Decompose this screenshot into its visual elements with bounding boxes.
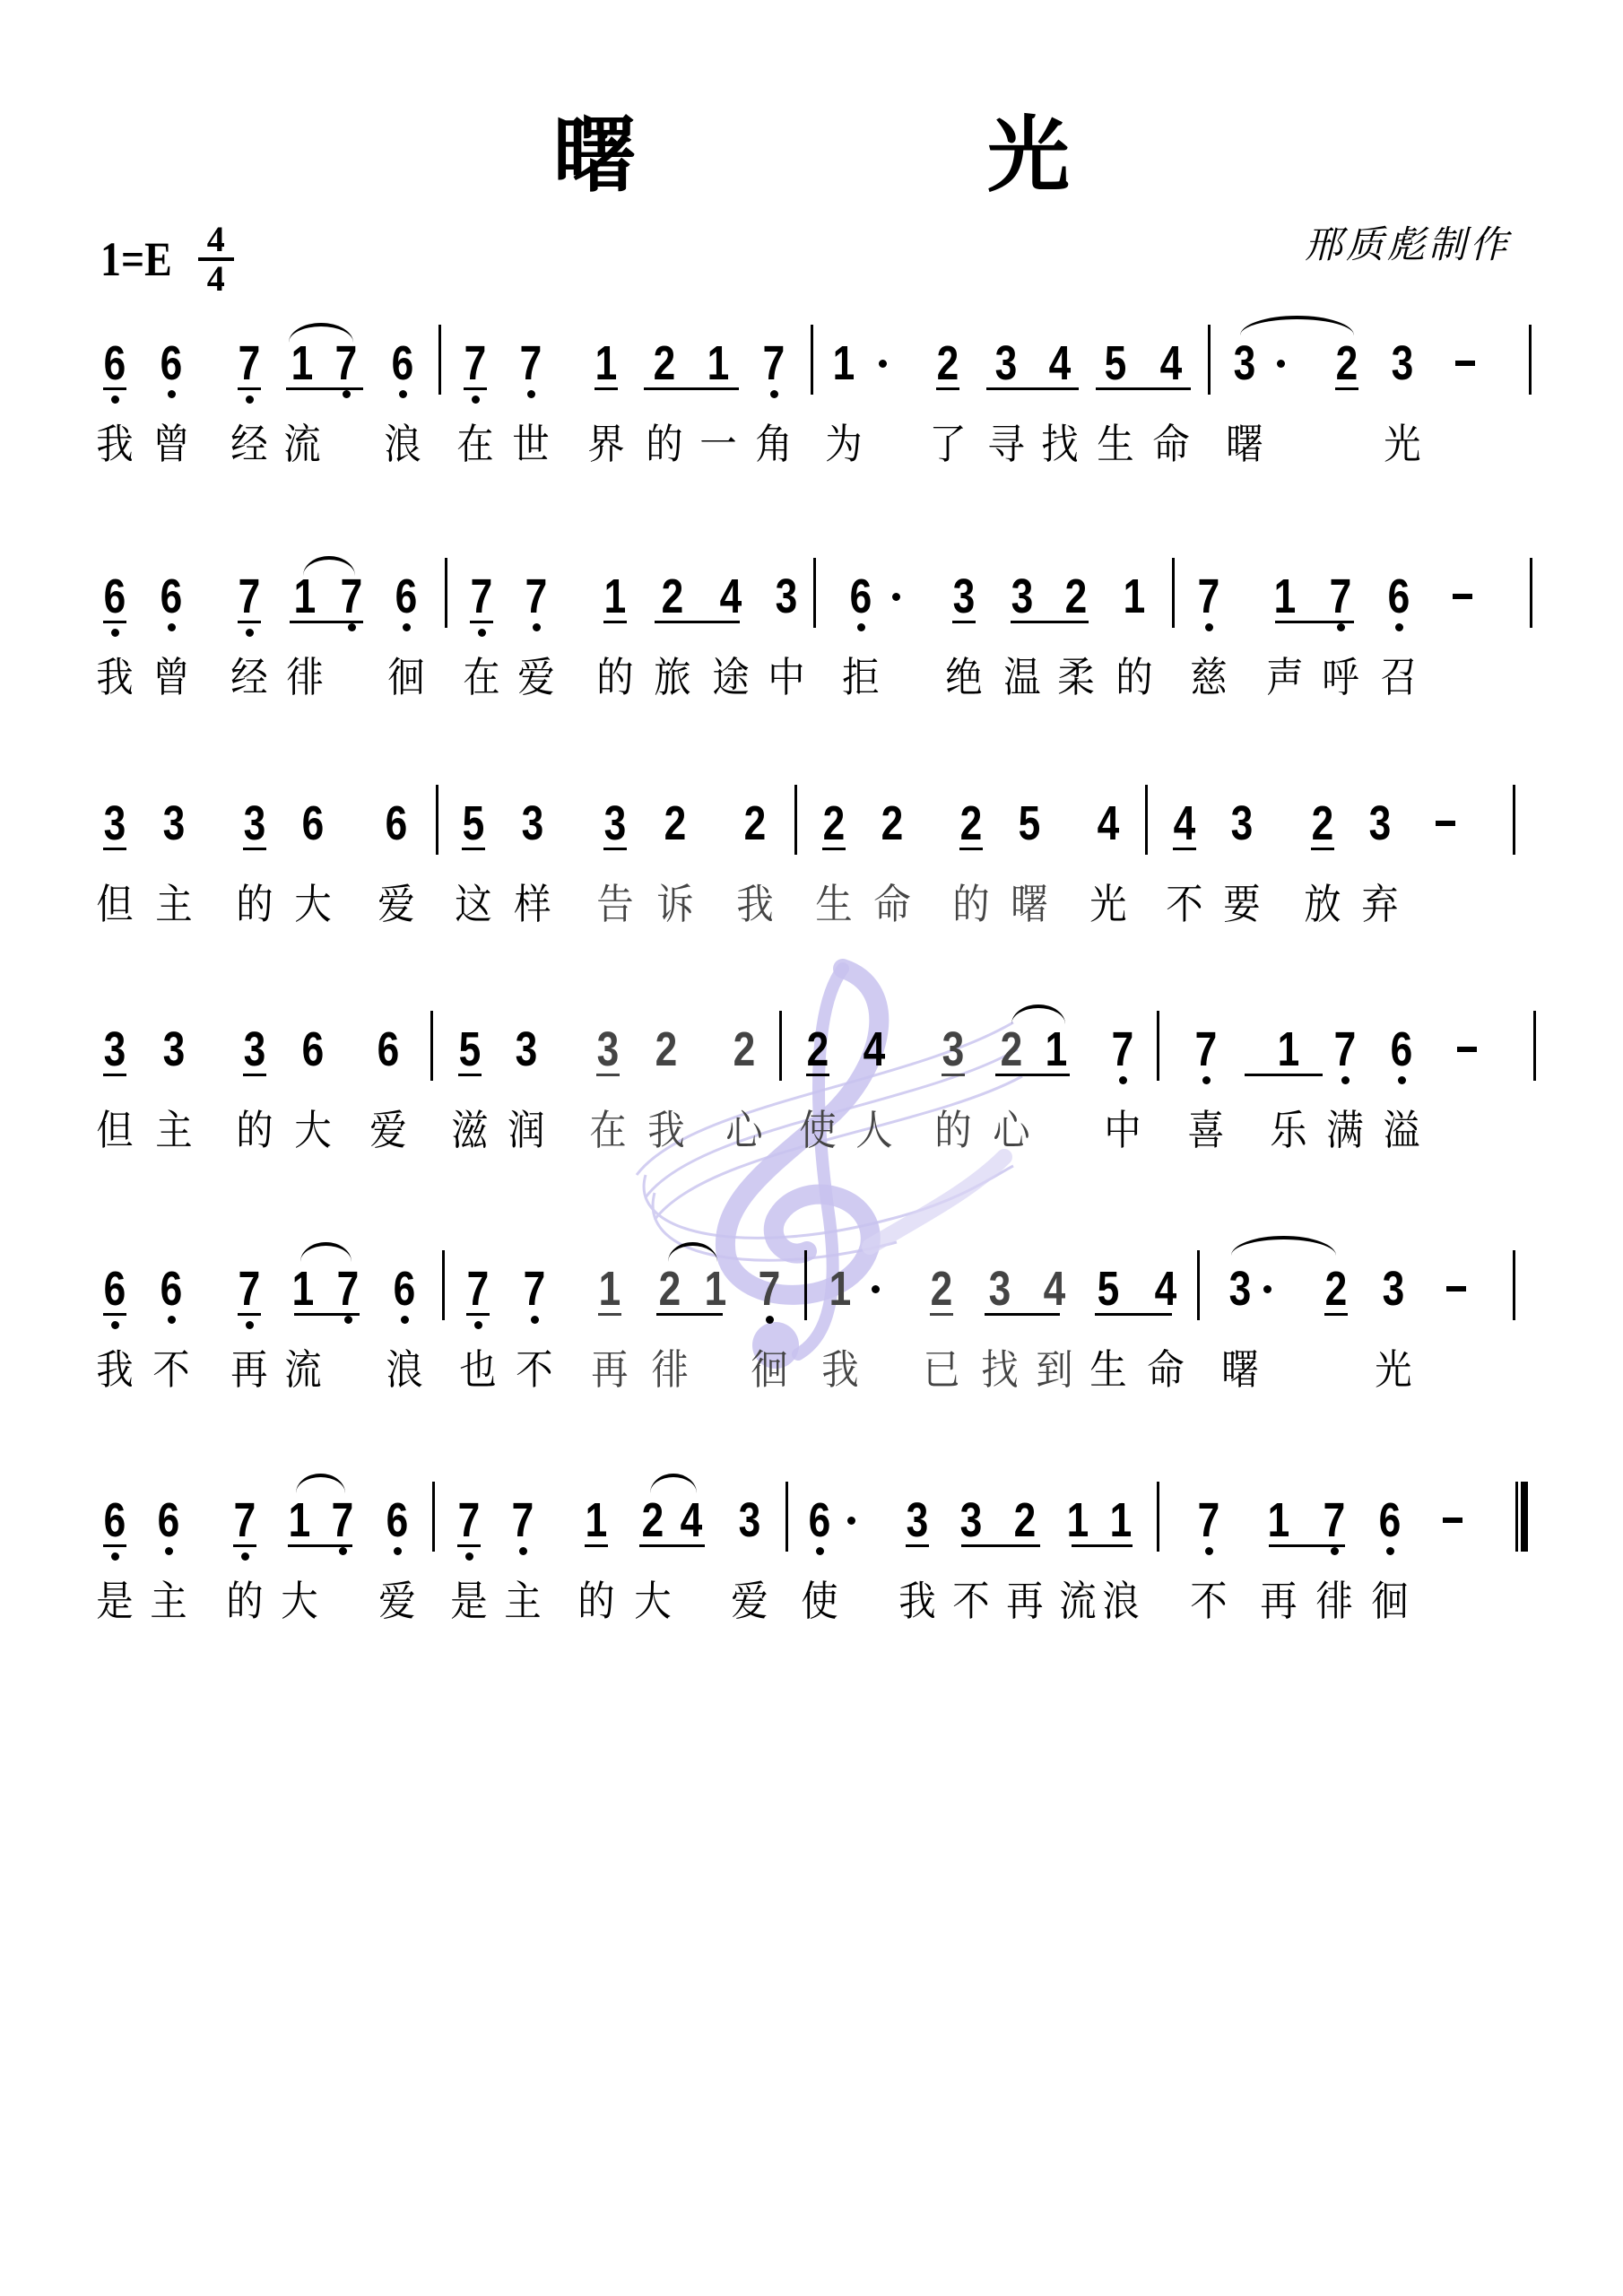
note-digit: 1 [291, 573, 320, 620]
note-digit: 2 [658, 573, 688, 620]
beam-underline [1011, 621, 1089, 623]
note-digit: 1 [592, 340, 621, 387]
octave-low-dot [403, 623, 411, 631]
lyric-char: 旅 [648, 655, 697, 700]
lyric-char: 满 [1321, 1108, 1369, 1152]
lyric-char: 这 [449, 882, 498, 926]
note-digit: 3 [992, 340, 1021, 387]
lyric-char: 声 [1261, 655, 1309, 700]
lyric-char: 的 [640, 422, 689, 466]
final-bar-thin [1515, 1482, 1518, 1552]
beam-underline [294, 1313, 360, 1316]
note-digit: 6 [1387, 1026, 1417, 1073]
octave-low-dot [111, 1552, 119, 1561]
lyric-char: 命 [1141, 1347, 1190, 1392]
note-digit: 7 [1108, 1026, 1138, 1073]
note-digit: 3 [735, 1497, 765, 1544]
octave-low-dot [168, 390, 176, 398]
beam-underline [961, 1544, 1040, 1547]
lyric-char: 生 [810, 882, 858, 926]
bar-line [438, 325, 441, 395]
lyric-char: 一 [694, 422, 742, 466]
lyric-char: 的 [230, 882, 279, 926]
lyric-char: 曾 [147, 655, 195, 700]
lyric-char: 流 [278, 422, 326, 466]
bar-line [779, 1011, 782, 1081]
note-digit: 3 [939, 1026, 968, 1073]
beam-underline [290, 621, 363, 623]
lyric-char: 光 [1369, 1347, 1418, 1392]
note-digit: 1 [1274, 1026, 1304, 1073]
underline [942, 1074, 965, 1076]
slur-arc [668, 1242, 717, 1262]
bar-line [811, 325, 813, 395]
lyric-char: 大 [289, 1108, 337, 1152]
bar-line [445, 558, 447, 628]
note-digit: 7 [520, 1265, 550, 1312]
augmentation-dot [879, 360, 887, 368]
octave-low-dot [394, 1547, 402, 1555]
note-digit: 6 [805, 1497, 835, 1544]
beam-underline [639, 1544, 705, 1547]
sustain-dash [1453, 594, 1472, 599]
beam-underline [995, 1074, 1070, 1076]
octave-low-dot [1398, 1076, 1406, 1084]
octave-low-dot [343, 390, 351, 398]
underline [103, 1074, 126, 1076]
octave-low-dot [246, 629, 254, 637]
augmentation-dot [847, 1517, 855, 1525]
time-signature-top: 4 [207, 222, 225, 257]
note-digit: 7 [759, 340, 789, 387]
octave-low-dot [1337, 623, 1345, 631]
beam-underline [1095, 1313, 1172, 1316]
octave-low-dot [474, 1321, 482, 1329]
sustain-dash [1457, 1047, 1477, 1052]
sustain-dash [1446, 1286, 1466, 1291]
lyric-char: 的 [572, 1578, 621, 1623]
lyric-char: 温 [998, 655, 1046, 700]
lyric-char: 爱 [364, 1108, 412, 1152]
lyric-char: 的 [947, 882, 995, 926]
final-bar-line [1515, 1482, 1526, 1552]
lyric-char: 大 [629, 1578, 677, 1623]
note-digit: 2 [820, 800, 849, 847]
lyric-char: 世 [507, 422, 555, 466]
note-digit: 7 [1194, 1497, 1224, 1544]
lyric-char: 中 [762, 655, 811, 700]
lyric-char: 浪 [1097, 1578, 1145, 1623]
lyric-char: 徊 [1366, 1578, 1414, 1623]
lyric-char: 再 [1254, 1578, 1303, 1623]
note-digit: 6 [154, 1497, 184, 1544]
note-digit: 3 [1379, 1265, 1409, 1312]
beam-underline [1269, 1544, 1345, 1547]
lyric-char: 主 [144, 1578, 193, 1623]
underline [238, 387, 261, 390]
note-digit: 2 [1308, 800, 1338, 847]
note-digit: 2 [803, 1026, 833, 1073]
lyric-char: 曙 [1220, 422, 1269, 466]
octave-low-dot [399, 390, 407, 398]
octave-low-dot [519, 1547, 527, 1555]
octave-low-dot [246, 396, 254, 404]
note-digit: 6 [388, 340, 418, 387]
note-digit: 6 [299, 1026, 328, 1073]
beam-underline [1096, 387, 1191, 390]
bar-line [1157, 1011, 1159, 1081]
note-digit: 6 [299, 800, 328, 847]
author-credit: 邢质彪制作 [1305, 220, 1511, 270]
note-digit: 1 [601, 573, 630, 620]
note-digit: 6 [1384, 573, 1414, 620]
lyric-char: 使 [794, 1108, 842, 1152]
lyric-char: 中 [1098, 1108, 1147, 1152]
lyric-char: 是 [445, 1578, 493, 1623]
sustain-dash [1443, 1518, 1462, 1523]
lyric-char: 我 [642, 1108, 690, 1152]
slur-arc [1240, 316, 1354, 335]
note-digit: 7 [461, 340, 490, 387]
octave-low-dot [527, 390, 535, 398]
note-digit: 4 [716, 573, 746, 620]
lyric-char: 润 [502, 1108, 551, 1152]
lyric-char: 我 [893, 1578, 942, 1623]
lyric-char: 流 [1054, 1578, 1102, 1623]
note-digit: 2 [957, 800, 986, 847]
beam-underline [644, 387, 739, 390]
lyric-char: 曾 [147, 422, 195, 466]
lyric-char: 不 [1160, 882, 1209, 926]
lyric-char: 心 [987, 1108, 1036, 1152]
octave-low-dot [1331, 1547, 1339, 1555]
note-digit: 3 [1230, 340, 1260, 387]
note-digit: 6 [390, 1265, 420, 1312]
beam-underline [288, 1544, 352, 1547]
note-digit: 5 [1101, 340, 1131, 387]
underline [596, 1074, 620, 1076]
note-digit: 6 [846, 573, 876, 620]
lyric-char: 样 [508, 882, 557, 926]
octave-low-dot [111, 629, 119, 637]
note-digit: 2 [741, 800, 770, 847]
note-digit: 3 [1228, 800, 1257, 847]
octave-low-dot [241, 1552, 249, 1561]
note-digit: 7 [1326, 573, 1356, 620]
lyric-char: 在 [584, 1108, 632, 1152]
beam-underline [655, 621, 740, 623]
lyric-char: 角 [750, 422, 798, 466]
lyric-char: 光 [1084, 882, 1133, 926]
octave-low-dot [533, 623, 541, 631]
note-digit: 5 [456, 1026, 485, 1073]
note-digit: 5 [1015, 800, 1045, 847]
note-digit: 1 [582, 1497, 612, 1544]
octave-low-dot [770, 390, 778, 398]
lyric-char: 的 [929, 1108, 977, 1152]
underline [1324, 1313, 1348, 1316]
lyric-char: 了 [924, 422, 972, 466]
bar-line [436, 785, 438, 855]
lyric-char: 溢 [1377, 1108, 1426, 1152]
lyric-char: 是 [91, 1578, 139, 1623]
underline [103, 848, 126, 850]
note-digit: 6 [100, 340, 130, 387]
underline [959, 848, 983, 850]
underline [1335, 387, 1358, 390]
underline [930, 1313, 953, 1316]
note-digit: 7 [328, 1497, 358, 1544]
note-digit: 7 [755, 1265, 785, 1312]
note-digit: 2 [650, 340, 680, 387]
sustain-dash [1455, 361, 1475, 366]
note-digit: 3 [100, 800, 130, 847]
note-digit: 1 [1042, 1026, 1072, 1073]
lyric-char: 生 [1091, 422, 1140, 466]
underline [595, 387, 618, 390]
note-digit: 3 [240, 800, 270, 847]
lyric-char: 寻 [982, 422, 1030, 466]
octave-low-dot [246, 1321, 254, 1329]
note-digit: 7 [522, 573, 551, 620]
note-digit: 4 [860, 1026, 890, 1073]
octave-low-dot [857, 623, 865, 631]
note-digit: 3 [985, 1265, 1015, 1312]
note-digit: 7 [467, 573, 497, 620]
note-digit: 7 [332, 340, 361, 387]
key-signature: 1=E 4 4 [94, 222, 234, 296]
slur-arc [296, 1474, 345, 1493]
lyric-char: 使 [795, 1578, 844, 1623]
lyric-char: 途 [707, 655, 755, 700]
lyric-char: 光 [1378, 422, 1427, 466]
octave-low-dot [168, 1316, 176, 1324]
octave-low-dot [531, 1316, 539, 1324]
lyric-char: 的 [591, 655, 639, 700]
note-digit: 1 [826, 1265, 855, 1312]
note-digit: 6 [374, 1026, 404, 1073]
lyric-char: 已 [917, 1347, 966, 1392]
underline [822, 848, 846, 850]
note-digit: 3 [518, 800, 548, 847]
slur-arc [289, 323, 353, 343]
note-digit: 4 [1157, 340, 1186, 387]
lyric-char: 的 [1110, 655, 1159, 700]
note-digit: 1 [288, 340, 317, 387]
lyric-char: 诉 [651, 882, 699, 926]
lyric-char: 我 [91, 422, 139, 466]
lyric-char: 但 [91, 882, 139, 926]
octave-low-dot [472, 396, 480, 404]
lyric-char: 但 [91, 1108, 139, 1152]
note-digit: 3 [950, 573, 979, 620]
note-digit: 2 [878, 800, 907, 847]
note-digit: 4 [1151, 1265, 1181, 1312]
underline [103, 1544, 126, 1547]
note-digit: 3 [160, 800, 189, 847]
score-row: 6671767712436332117176是主的大爱是主的大爱使我不再流浪不再… [0, 0, 1623, 179]
bar-line [1197, 1250, 1200, 1320]
note-digit: 7 [235, 573, 265, 620]
underline [598, 1313, 621, 1316]
note-digit: 3 [1226, 1265, 1255, 1312]
underline [466, 1313, 490, 1316]
note-digit: 3 [1366, 800, 1395, 847]
note-digit: 1 [595, 1265, 625, 1312]
note-digit: 4 [677, 1497, 707, 1544]
beam-underline [985, 1313, 1060, 1316]
lyric-char: 找 [1036, 422, 1084, 466]
note-digit: 1 [1120, 573, 1150, 620]
note-digit: 6 [157, 340, 187, 387]
note-digit: 3 [957, 1497, 986, 1544]
lyric-char: 召 [1375, 655, 1423, 700]
lyric-char: 找 [976, 1347, 1024, 1392]
note-digit: 1 [704, 340, 733, 387]
time-signature: 4 4 [198, 222, 234, 296]
lyric-char: 浪 [378, 422, 427, 466]
lyric-char: 大 [289, 882, 337, 926]
lyric-char: 呼 [1316, 655, 1365, 700]
lyric-char: 乐 [1264, 1108, 1313, 1152]
note-digit: 7 [337, 573, 367, 620]
lyric-char: 再 [225, 1347, 273, 1392]
note-digit: 3 [601, 800, 630, 847]
note-digit: 3 [160, 1026, 189, 1073]
note-digit: 6 [157, 573, 187, 620]
bar-line [1157, 1482, 1159, 1552]
note-digit: 3 [772, 573, 802, 620]
lyric-char: 我 [731, 882, 779, 926]
bar-line [430, 1011, 433, 1081]
note-digit: 7 [455, 1497, 484, 1544]
note-digit: 5 [459, 800, 489, 847]
note-digit: 6 [382, 800, 412, 847]
slur-arc [650, 1474, 697, 1493]
bar-line [1533, 1011, 1536, 1081]
lyric-char: 爱 [373, 1578, 421, 1623]
note-digit: 1 [1063, 1497, 1093, 1544]
underline [1311, 848, 1334, 850]
lyric-char: 曙 [1005, 882, 1054, 926]
note-digit: 3 [1388, 340, 1418, 387]
octave-low-dot [344, 1316, 352, 1324]
note-digit: 2 [997, 1026, 1027, 1073]
bar-line [813, 558, 816, 628]
underline [238, 621, 261, 623]
octave-low-dot [1202, 1076, 1211, 1084]
bar-line [1529, 325, 1532, 395]
note-digit: 7 [1192, 1026, 1221, 1073]
lyric-char: 为 [820, 422, 868, 466]
note-digit: 3 [903, 1497, 933, 1544]
note-digit: 7 [334, 1265, 363, 1312]
note-digit: 1 [289, 1265, 318, 1312]
note-digit: 6 [392, 573, 421, 620]
note-digit: 6 [157, 1265, 187, 1312]
note-digit: 2 [1322, 1265, 1351, 1312]
octave-low-dot [478, 629, 486, 637]
note-digit: 2 [652, 1026, 681, 1073]
note-digit: 7 [1331, 1026, 1360, 1073]
lyric-char: 徊 [382, 655, 430, 700]
note-digit: 6 [100, 1497, 130, 1544]
lyric-char: 界 [582, 422, 630, 466]
note-digit: 1 [1271, 573, 1300, 620]
lyric-char: 流 [279, 1347, 327, 1392]
augmentation-dot [1277, 360, 1285, 368]
lyric-char: 大 [275, 1578, 324, 1623]
octave-low-dot [401, 1316, 409, 1324]
final-bar-thick [1521, 1482, 1528, 1552]
underline [233, 1544, 256, 1547]
underline [243, 848, 266, 850]
key-label: 1=E [100, 232, 172, 286]
lyric-char: 也 [454, 1347, 502, 1392]
lyric-char: 爱 [512, 655, 560, 700]
augmentation-dot [872, 1285, 880, 1293]
underline [470, 621, 493, 623]
beam-underline [986, 387, 1079, 390]
underline [243, 1074, 266, 1076]
lyric-char: 主 [499, 1578, 547, 1623]
note-digit: 3 [1008, 573, 1037, 620]
beam-underline [1072, 1544, 1133, 1547]
time-signature-bottom: 4 [207, 262, 225, 296]
note-digit: 4 [1170, 800, 1200, 847]
octave-low-dot [816, 1547, 824, 1555]
underline [103, 621, 126, 623]
note-digit: 3 [594, 1026, 623, 1073]
note-digit: 7 [230, 1497, 260, 1544]
lyric-char: 的 [221, 1578, 269, 1623]
underline [603, 621, 627, 623]
slur-arc [1231, 1236, 1336, 1256]
note-digit: 6 [100, 573, 130, 620]
underline [103, 1313, 126, 1316]
lyric-char: 我 [91, 655, 139, 700]
lyric-char: 不 [147, 1347, 195, 1392]
lyric-char: 爱 [372, 882, 421, 926]
bar-line [804, 1250, 807, 1320]
lyric-char: 命 [1147, 422, 1195, 466]
bar-line [1172, 558, 1175, 628]
octave-low-dot [766, 1316, 774, 1324]
lyric-char: 人 [850, 1108, 898, 1152]
slur-arc [303, 556, 355, 576]
slur-arc [300, 1242, 352, 1262]
lyric-char: 在 [457, 655, 506, 700]
bar-line [1145, 785, 1148, 855]
lyric-char: 命 [868, 882, 916, 926]
underline [603, 848, 627, 850]
lyric-char: 徘 [646, 1347, 694, 1392]
note-digit: 3 [512, 1026, 542, 1073]
note-digit: 1 [1107, 1497, 1136, 1544]
note-digit: 7 [516, 340, 546, 387]
underline [806, 1074, 829, 1076]
slur-arc [1011, 1004, 1065, 1024]
note-digit: 5 [1094, 1265, 1124, 1312]
note-digit: 7 [235, 340, 265, 387]
underline [238, 1313, 261, 1316]
note-digit: 7 [235, 1265, 265, 1312]
augmentation-dot [892, 593, 900, 601]
note-digit: 1 [701, 1265, 731, 1312]
note-digit: 2 [661, 800, 690, 847]
note-digit: 4 [1040, 1265, 1070, 1312]
note-digit: 1 [829, 340, 859, 387]
